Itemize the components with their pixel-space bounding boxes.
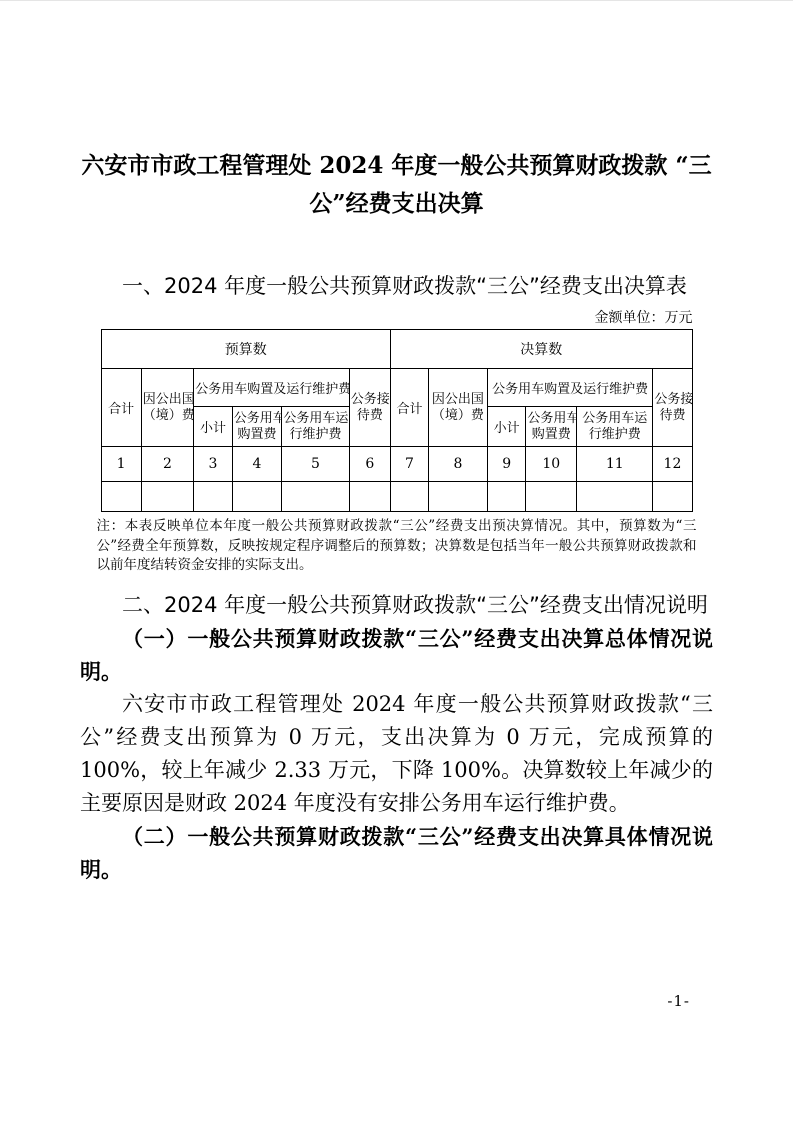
budget-total-header: 合计 bbox=[101, 369, 141, 447]
col-index-12: 12 bbox=[653, 447, 692, 482]
sangong-expenditure-table: 预算数 决算数 合计 因公出国 （境）费 公务用车购置及运行维护费 公务接 待费… bbox=[101, 329, 693, 512]
data-cell-10 bbox=[526, 482, 577, 512]
final-accounts-group-header: 决算数 bbox=[391, 330, 692, 369]
data-cell-4 bbox=[232, 482, 282, 512]
col-index-3: 3 bbox=[194, 447, 232, 482]
col-index-2: 2 bbox=[141, 447, 194, 482]
document-page: 六安市市政工程管理处 2024 年度一般公共预算财政拨款 “三公”经费支出决算 … bbox=[0, 0, 793, 1122]
data-cell-6 bbox=[349, 482, 390, 512]
col-index-8: 8 bbox=[428, 447, 487, 482]
final-reception-header-line2: 待费 bbox=[654, 408, 690, 424]
document-title: 六安市市政工程管理处 2024 年度一般公共预算财政拨款 “三公”经费支出决算 bbox=[80, 147, 713, 223]
final-abroad-header-line2: （境）费 bbox=[430, 408, 486, 424]
section-2-sub1-heading: （一）一般公共预算财政拨款“三公”经费支出决算总体情况说明。 bbox=[80, 622, 713, 688]
section-2-sub2-heading: （二）一般公共预算财政拨款“三公”经费支出决算具体情况说明。 bbox=[80, 820, 713, 886]
final-total-header: 合计 bbox=[391, 369, 429, 447]
budget-vehicle-maintenance-line1: 公务用车运 bbox=[283, 411, 347, 427]
data-cell-7 bbox=[391, 482, 429, 512]
budget-vehicle-group-header: 公务用车购置及运行维护费 bbox=[194, 369, 349, 407]
page-number: -1- bbox=[667, 992, 690, 1010]
budget-abroad-header-line1: 因公出国 bbox=[143, 392, 193, 408]
col-index-7: 7 bbox=[391, 447, 429, 482]
col-index-4: 4 bbox=[232, 447, 282, 482]
budget-vehicle-purchase-header: 公务用车 购置费 bbox=[232, 407, 282, 447]
section-2-paragraph-1: 六安市市政工程管理处 2024 年度一般公共预算财政拨款“三公”经费支出预算为 … bbox=[80, 688, 713, 820]
budget-vehicle-maintenance-line2: 行维护费 bbox=[283, 427, 347, 443]
data-cell-11 bbox=[577, 482, 653, 512]
col-index-1: 1 bbox=[101, 447, 141, 482]
data-cell-8 bbox=[428, 482, 487, 512]
table-note: 注：本表反映单位本年度一般公共预算财政拨款“三公”经费支出预决算情况。其中，预算… bbox=[97, 517, 697, 576]
data-cell-12 bbox=[653, 482, 692, 512]
table-group-header-row: 预算数 决算数 bbox=[101, 330, 692, 369]
budget-reception-header: 公务接 待费 bbox=[349, 369, 390, 447]
col-index-10: 10 bbox=[526, 447, 577, 482]
table-column-index-row: 1 2 3 4 5 6 7 8 9 10 11 12 bbox=[101, 447, 692, 482]
col-index-11: 11 bbox=[577, 447, 653, 482]
final-vehicle-maintenance-line1: 公务用车运 bbox=[578, 411, 651, 427]
col-index-9: 9 bbox=[487, 447, 525, 482]
final-vehicle-maintenance-header: 公务用车运 行维护费 bbox=[577, 407, 653, 447]
data-cell-2 bbox=[141, 482, 194, 512]
col-index-5: 5 bbox=[282, 447, 349, 482]
budget-abroad-header-line2: （境）费 bbox=[143, 408, 193, 424]
table-data-row bbox=[101, 482, 692, 512]
final-vehicle-purchase-header: 公务用车 购置费 bbox=[526, 407, 577, 447]
budget-group-header: 预算数 bbox=[101, 330, 391, 369]
budget-vehicle-maintenance-header: 公务用车运 行维护费 bbox=[282, 407, 349, 447]
final-vehicle-purchase-line2: 购置费 bbox=[527, 427, 575, 443]
final-vehicle-group-header: 公务用车购置及运行维护费 bbox=[487, 369, 652, 407]
amount-unit-label: 金额单位：万元 bbox=[101, 309, 693, 327]
final-abroad-header: 因公出国 （境）费 bbox=[428, 369, 487, 447]
data-cell-3 bbox=[194, 482, 232, 512]
section-2-heading: 二、2024 年度一般公共预算财政拨款“三公”经费支出情况说明 bbox=[80, 588, 713, 622]
col-index-6: 6 bbox=[349, 447, 390, 482]
final-vehicle-purchase-line1: 公务用车 bbox=[527, 411, 575, 427]
final-abroad-header-line1: 因公出国 bbox=[430, 392, 486, 408]
budget-reception-header-line1: 公务接 bbox=[351, 392, 389, 408]
data-cell-5 bbox=[282, 482, 349, 512]
document-title-line1: 六安市市政工程管理处 2024 年度一般公共预算财政拨款 bbox=[81, 152, 667, 179]
budget-vehicle-purchase-line2: 购置费 bbox=[234, 427, 281, 443]
data-cell-1 bbox=[101, 482, 141, 512]
budget-vehicle-purchase-line1: 公务用车 bbox=[234, 411, 281, 427]
final-reception-header: 公务接 待费 bbox=[653, 369, 692, 447]
budget-vehicle-subtotal-header: 小计 bbox=[194, 407, 232, 447]
final-vehicle-subtotal-header: 小计 bbox=[487, 407, 525, 447]
data-cell-9 bbox=[487, 482, 525, 512]
table-header-row-upper: 合计 因公出国 （境）费 公务用车购置及运行维护费 公务接 待费 合计 因公出国… bbox=[101, 369, 692, 407]
budget-abroad-header: 因公出国 （境）费 bbox=[141, 369, 194, 447]
final-vehicle-maintenance-line2: 行维护费 bbox=[578, 427, 651, 443]
budget-reception-header-line2: 待费 bbox=[351, 408, 389, 424]
final-reception-header-line1: 公务接 bbox=[654, 392, 690, 408]
section-1-heading: 一、2024 年度一般公共预算财政拨款“三公”经费支出决算表 bbox=[80, 269, 713, 303]
